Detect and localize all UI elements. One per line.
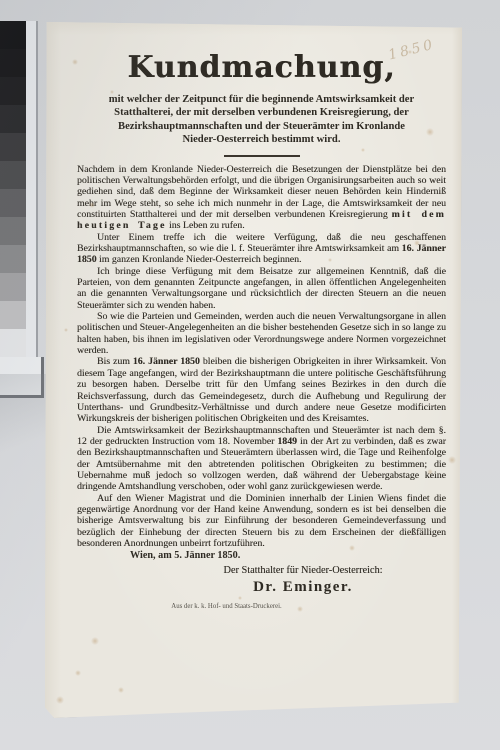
calibration-card-foot: [0, 357, 44, 398]
signature-name: Dr. Eminger.: [178, 579, 428, 596]
document-body: Nachdem in dem Kronlande Nieder-Oesterre…: [77, 164, 446, 550]
document-page: Kundmachung, mit welcher der Zeitpunct f…: [45, 21, 462, 718]
printer-imprint: Aus der k. k. Hof- und Staats-Druckerei.: [42, 603, 411, 611]
grayscale-wedge-steps: [0, 21, 26, 357]
subtitle-line: mit welcher der Zeitpunct für die beginn…: [77, 93, 446, 106]
paragraph: Ich bringe diese Verfügung mit dem Beisa…: [77, 266, 446, 311]
calibration-card-margin: [26, 21, 38, 357]
paragraph: Auf den Wiener Magistrat und die Dominie…: [77, 493, 446, 550]
subtitle-line: Nieder-Oesterreich bestimmt wird.: [77, 133, 446, 146]
paragraph: Unter Einem treffe ich die weitere Verfü…: [77, 232, 446, 266]
grayscale-calibration-strip: [0, 21, 36, 395]
section-rule: [224, 155, 300, 157]
document-subtitle: mit welcher der Zeitpunct für die beginn…: [77, 93, 446, 147]
paragraph: Nachdem in dem Kronlande Nieder-Oesterre…: [77, 164, 446, 232]
photo-backdrop: Kundmachung, mit welcher der Zeitpunct f…: [0, 0, 500, 750]
dateline: Wien, am 5. Jänner 1850.: [77, 550, 446, 562]
document-content: Kundmachung, mit welcher der Zeitpunct f…: [45, 21, 462, 611]
paragraph: Bis zum 16. Jänner 1850 bleiben die bish…: [77, 356, 446, 424]
subtitle-line: Statthalterei, der mit derselben verbund…: [77, 106, 446, 119]
signature-block: Der Statthalter für Nieder-Oesterreich: …: [178, 565, 428, 596]
paper-stain: [473, 669, 500, 703]
subtitle-line: Bezirkshauptmannschaften und der Steuerä…: [77, 120, 446, 133]
signature-role: Der Statthalter für Nieder-Oesterreich:: [178, 565, 428, 577]
paragraph: So wie die Parteien und Gemeinden, werde…: [77, 311, 446, 356]
paragraph: Die Amtswirksamkeit der Bezirkshauptmann…: [77, 425, 446, 493]
